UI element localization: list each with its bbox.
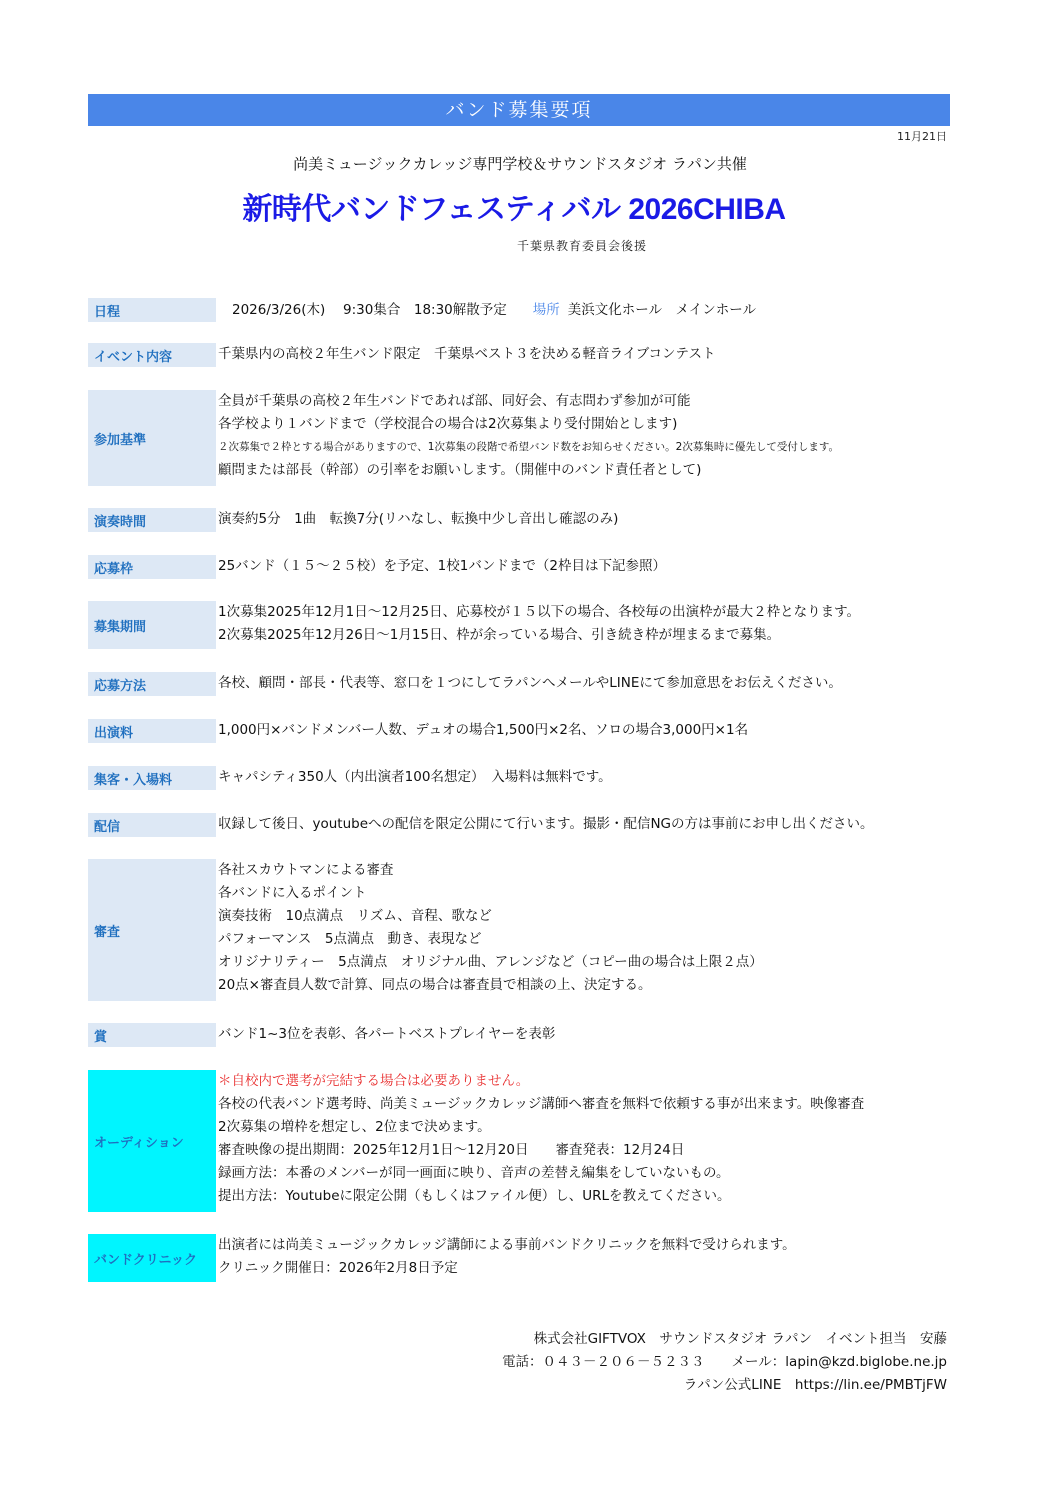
label-slots: 応募枠 (88, 555, 216, 579)
row-judging: 審査 各社スカウトマンによる審査 各バンドに入るポイント 演奏技術 10点満点 … (88, 859, 950, 1001)
row-performance-time: 演奏時間 演奏約5分 1曲 転換7分(リハなし、転換中少し音出し確認のみ) (88, 508, 950, 532)
text-line: 全員が千葉県の高校２年生バンドであれば部、同好会、有志問わず参加が可能 (218, 390, 950, 413)
label-awards: 賞 (88, 1023, 216, 1047)
text-line: ２次募集で２枠とする場合がありますので、1次募集の段階で希望バンド数をお知らせく… (218, 436, 950, 459)
support-line: 千葉県教育委員会後援 (0, 237, 1059, 254)
text-line: オリジナリティー 5点満点 オリジナル曲、アレンジなど（コピー曲の場合は上限２点… (218, 951, 950, 974)
label-eligibility: 参加基準 (88, 390, 216, 486)
issue-date: 11月21日 (897, 128, 947, 144)
row-awards: 賞 バンド1~3位を表彰、各パートベストプレイヤーを表彰 (88, 1023, 950, 1047)
text-line: キャパシティ350人（内出演者100名想定） 入場料は無料です。 (218, 766, 950, 789)
content-period: 1次募集2025年12月1日～12月25日、応募校が１５以下の場合、各校毎の出演… (218, 601, 950, 647)
text-line: 出演者には尚美ミュージックカレッジ講師による事前バンドクリニックを無料で受けられ… (218, 1234, 950, 1257)
content-performance-time: 演奏約5分 1曲 転換7分(リハなし、転換中少し音出し確認のみ) (218, 508, 950, 531)
text-line: クリニック開催日：2026年2月8日予定 (218, 1257, 950, 1280)
content-streaming: 収録して後日、youtubeへの配信を限定公開にて行います。撮影・配信NGの方は… (218, 813, 950, 836)
text-line: 2次募集の増枠を想定し、2位まで決めます。 (218, 1116, 950, 1139)
content-audition: ＊自校内で選考が完結する場合は必要ありません。 各校の代表バンド選考時、尚美ミュ… (218, 1070, 950, 1208)
text-line: 1,000円×バンドメンバー人数、デュオの場合1,500円×2名、ソロの場合3,… (218, 719, 950, 742)
event-title: 新時代バンドフェスティバル 2026CHIBA (0, 184, 1028, 228)
text-line: 提出方法：Youtubeに限定公開（もしくはファイル便）し、URLを教えてくださ… (218, 1185, 950, 1208)
text-line: 演奏約5分 1曲 転換7分(リハなし、転換中少し音出し確認のみ) (218, 508, 950, 531)
row-streaming: 配信 収録して後日、youtubeへの配信を限定公開にて行います。撮影・配信NG… (88, 813, 950, 837)
content-fee: 1,000円×バンドメンバー人数、デュオの場合1,500円×2名、ソロの場合3,… (218, 719, 950, 742)
document-banner: バンド募集要項 (88, 94, 950, 126)
content-eligibility: 全員が千葉県の高校２年生バンドであれば部、同好会、有志問わず参加が可能 各学校よ… (218, 390, 950, 482)
label-band-clinic: バンドクリニック (88, 1234, 216, 1282)
text-line: 各社スカウトマンによる審査 (218, 859, 950, 882)
text-line: 各校の代表バンド選考時、尚美ミュージックカレッジ講師へ審査を無料で依頼する事が出… (218, 1093, 950, 1116)
contact-footer: 株式会社GIFTVOX サウンドスタジオ ラパン イベント担当 安藤 電話：０４… (502, 1328, 947, 1397)
label-judging: 審査 (88, 859, 216, 1001)
content-judging: 各社スカウトマンによる審査 各バンドに入るポイント 演奏技術 10点満点 リズム… (218, 859, 950, 997)
text-line: 25バンド（１５～２５校）を予定、1校1バンドまで（2枠目は下記参照） (218, 555, 950, 578)
place-value: 美浜文化ホール メインホール (568, 302, 756, 318)
text-line: 審査映像の提出期間：2025年12月1日～12月20日 審査発表：12月24日 (218, 1139, 950, 1162)
content-apply-method: 各校、顧問・部長・代表等、窓口を１つにしてラパンへメールやLINEにて参加意思を… (218, 672, 950, 695)
footer-company: 株式会社GIFTVOX サウンドスタジオ ラパン イベント担当 安藤 (502, 1328, 947, 1351)
text-line: 各バンドに入るポイント (218, 882, 950, 905)
content-awards: バンド1~3位を表彰、各パートベストプレイヤーを表彰 (218, 1023, 950, 1046)
label-apply-method: 応募方法 (88, 672, 216, 696)
text-line: 演奏技術 10点満点 リズム、音程、歌など (218, 905, 950, 928)
label-schedule: 日程 (88, 298, 216, 322)
label-audition: オーディション (88, 1070, 216, 1212)
row-apply-method: 応募方法 各校、顧問・部長・代表等、窓口を１つにしてラパンへメールやLINEにて… (88, 672, 950, 696)
row-eligibility: 参加基準 全員が千葉県の高校２年生バンドであれば部、同好会、有志問わず参加が可能… (88, 390, 950, 486)
label-performance-time: 演奏時間 (88, 508, 216, 532)
text-line: バンド1~3位を表彰、各パートベストプレイヤーを表彰 (218, 1023, 950, 1046)
row-slots: 応募枠 25バンド（１５～２５校）を予定、1校1バンドまで（2枠目は下記参照） (88, 555, 950, 579)
content-capacity: キャパシティ350人（内出演者100名想定） 入場料は無料です。 (218, 766, 950, 789)
footer-line: ラパン公式LINE https://lin.ee/PMBTjFW (502, 1374, 947, 1397)
label-fee: 出演料 (88, 719, 216, 743)
text-line: パフォーマンス 5点満点 動き、表現など (218, 928, 950, 951)
place-label: 場所 (533, 302, 560, 318)
row-band-clinic: バンドクリニック 出演者には尚美ミュージックカレッジ講師による事前バンドクリニッ… (88, 1234, 950, 1282)
text-line: 各校、顧問・部長・代表等、窓口を１つにしてラパンへメールやLINEにて参加意思を… (218, 672, 950, 695)
label-event-content: イベント内容 (88, 343, 216, 367)
text-line: 2次募集2025年12月26日～1月15日、枠が余っている場合、引き続き枠が埋ま… (218, 624, 950, 647)
text-line: 顧問または部長（幹部）の引率をお願いします。（開催中のバンド責任者として) (218, 459, 950, 482)
audition-note: ＊自校内で選考が完結する場合は必要ありません。 (218, 1070, 950, 1093)
text-line: 千葉県内の高校２年生バンド限定 千葉県ベスト３を決める軽音ライブコンテスト (218, 343, 950, 366)
text-line: 各学校より１バンドまで（学校混合の場合は2次募集より受付開始とします) (218, 413, 950, 436)
row-event-content: イベント内容 千葉県内の高校２年生バンド限定 千葉県ベスト３を決める軽音ライブコ… (88, 343, 950, 367)
row-period: 募集期間 1次募集2025年12月1日～12月25日、応募校が１５以下の場合、各… (88, 601, 950, 649)
content-event-content: 千葉県内の高校２年生バンド限定 千葉県ベスト３を決める軽音ライブコンテスト (218, 343, 950, 366)
row-schedule: 日程 2026/3/26(木) 9:30集合 18:30解散予定場所美浜文化ホー… (88, 298, 950, 322)
text-line: 録画方法：本番のメンバーが同一画面に映り、音声の差替え編集をしていないもの。 (218, 1162, 950, 1185)
text-line: 1次募集2025年12月1日～12月25日、応募校が１５以下の場合、各校毎の出演… (218, 601, 950, 624)
row-audition: オーディション ＊自校内で選考が完結する場合は必要ありません。 各校の代表バンド… (88, 1070, 950, 1212)
footer-contact: 電話：０４３－２０６－５２３３ メール：lapin@kzd.biglobe.ne… (502, 1351, 947, 1374)
text-line: 20点×審査員人数で計算、同点の場合は審査員で相談の上、決定する。 (218, 974, 950, 997)
cohost-line: 尚美ミュージックカレッジ専門学校＆サウンドスタジオ ラパン共催 (0, 153, 1040, 174)
content-schedule: 2026/3/26(木) 9:30集合 18:30解散予定場所美浜文化ホール メ… (232, 298, 950, 322)
text-line: 収録して後日、youtubeへの配信を限定公開にて行います。撮影・配信NGの方は… (218, 813, 950, 836)
schedule-text: 2026/3/26(木) 9:30集合 18:30解散予定 (232, 302, 507, 318)
label-period: 募集期間 (88, 601, 216, 649)
row-capacity: 集客・入場料 キャパシティ350人（内出演者100名想定） 入場料は無料です。 (88, 766, 950, 790)
content-slots: 25バンド（１５～２５校）を予定、1校1バンドまで（2枠目は下記参照） (218, 555, 950, 578)
label-capacity: 集客・入場料 (88, 766, 216, 790)
content-band-clinic: 出演者には尚美ミュージックカレッジ講師による事前バンドクリニックを無料で受けられ… (218, 1234, 950, 1280)
row-fee: 出演料 1,000円×バンドメンバー人数、デュオの場合1,500円×2名、ソロの… (88, 719, 950, 743)
label-streaming: 配信 (88, 813, 216, 837)
